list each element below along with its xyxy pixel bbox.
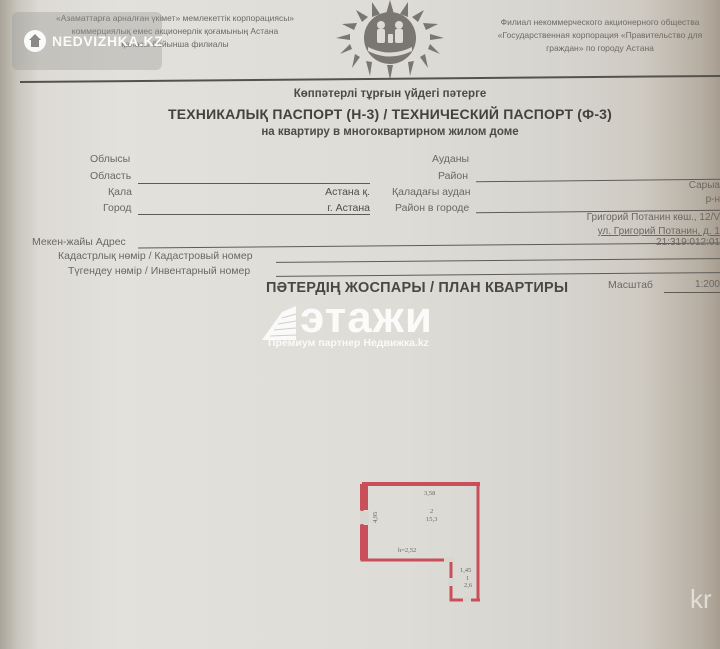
house-icon: [24, 30, 46, 52]
room1-area: 2,6: [464, 582, 473, 589]
label-inventory: Түгендеу нөмір / Инвентарный номер: [68, 265, 250, 277]
label-oblast-ru: Область: [90, 170, 131, 182]
title-sub-kz: Көппәтерлі тұрғын үйдегі пәтерге: [150, 88, 630, 100]
value-address-kz: Григорий Потанин көш., 12/V: [540, 212, 720, 223]
etazhi-brand: этажи: [300, 296, 433, 340]
etazhi-watermark: этажи: [262, 296, 433, 340]
value-city-district-ru: р-н: [640, 194, 720, 205]
field-line-inventory: [276, 272, 720, 277]
building-icon: [262, 306, 296, 340]
label-district-ru: Район: [438, 170, 468, 182]
letterhead-right-line: «Государственная корпорация «Правительст…: [470, 29, 720, 42]
label-city-kz: Қала: [108, 186, 132, 198]
field-line-scale: [664, 292, 720, 293]
room2-area: 15,3: [426, 516, 437, 523]
letterhead-right-line: Филиал некоммерческого акционерного обще…: [470, 16, 720, 29]
field-line-oblast: [138, 183, 370, 184]
room2-height-label: h=2,52: [398, 547, 416, 554]
label-city-ru: Город: [103, 202, 131, 214]
etazhi-tagline: Премиум партнер Недвижка.kz: [268, 337, 429, 349]
value-city-ru: г. Астана: [300, 202, 370, 214]
value-address-ru: ул. Григорий Потанин, д. 1: [540, 226, 720, 237]
label-oblast-kz: Облысы: [90, 153, 130, 165]
nedvizhka-watermark: NEDVIZHKA.KZ: [24, 30, 163, 52]
value-city-district-kz: Сарыа: [640, 180, 720, 191]
letterhead-right-line: граждан» по городу Астана: [470, 42, 720, 55]
title-sub-ru: на квартиру в многоквартирном жилом доме: [150, 126, 630, 138]
label-cadastral: Кадастрлық нөмір / Кадастровый номер: [58, 250, 253, 262]
page-title: ТЕХНИКАЛЫҚ ПАСПОРТ (Н-3) / ТЕХНИЧЕСКИЙ П…: [150, 106, 630, 122]
watermark-fragment: kr: [690, 584, 712, 615]
field-line-city: [138, 214, 370, 215]
label-city-district-ru: Район в городе: [395, 202, 469, 214]
room2-number: 2: [430, 508, 433, 515]
room1-number: 1: [466, 575, 469, 582]
label-address: Мекен-жайы Адрес: [32, 236, 126, 248]
value-city-kz: Астана қ.: [300, 186, 370, 198]
label-city-district-kz: Қаладағы аудан: [392, 186, 471, 198]
room2-depth-label: 4,95: [372, 512, 379, 523]
value-scale: 1:200: [672, 279, 720, 290]
floor-plan: 3,58 2 15,3 4,95 h=2,52 1,45 1 2,6: [360, 480, 480, 605]
room1-width-label: 1,45: [460, 567, 471, 574]
value-cadastral: 21:319:012:01: [600, 237, 720, 248]
room2-width-label: 3,58: [424, 490, 435, 497]
label-scale: Масштаб: [608, 279, 653, 291]
letterhead-right: Филиал некоммерческого акционерного обще…: [470, 16, 720, 55]
document-photo: «Азаматтарға арналған үкімет» мемлекетті…: [0, 0, 720, 649]
sun-family-emblem-icon: [328, 0, 453, 80]
label-district-kz: Ауданы: [432, 153, 469, 165]
field-line-cadastral: [276, 258, 720, 263]
watermark-site-name: NEDVIZHKA.KZ: [52, 33, 163, 49]
